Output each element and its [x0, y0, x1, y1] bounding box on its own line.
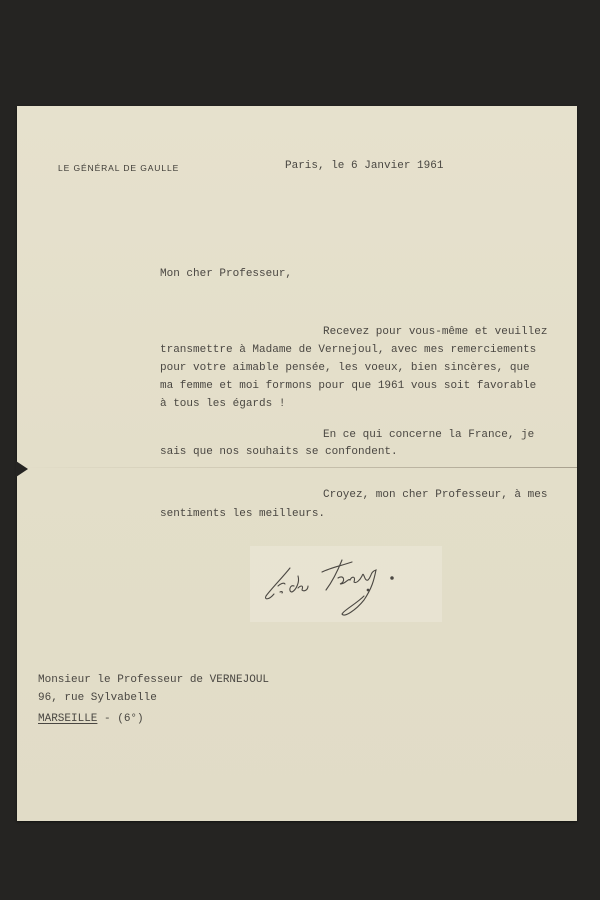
paragraph-1-line-2: transmettre à Madame de Vernejoul, avec …	[160, 344, 536, 357]
recipient-city: MARSEILLE	[38, 713, 97, 725]
paragraph-2-line-1: En ce qui concerne la France, je	[323, 429, 534, 442]
recipient-district: - (6°)	[97, 713, 143, 725]
paragraph-1-line-4: ma femme et moi formons pour que 1961 vo…	[160, 380, 536, 393]
recipient-name: Monsieur le Professeur de VERNEJOUL	[38, 674, 269, 687]
paragraph-2-line-2: sais que nos souhaits se confondent.	[160, 446, 398, 459]
paragraph-1-line-3: pour votre aimable pensée, les voeux, bi…	[160, 362, 530, 375]
signature-icon	[260, 552, 440, 618]
fold-notch	[16, 461, 28, 477]
paragraph-3-line-1: Croyez, mon cher Professeur, à mes	[323, 489, 547, 502]
letter-paper: LE GÉNÉRAL DE GAULLE Paris, le 6 Janvier…	[17, 106, 577, 821]
paragraph-1-line-5: à tous les égards !	[160, 398, 285, 411]
recipient-street: 96, rue Sylvabelle	[38, 692, 157, 705]
paragraph-3-line-2: sentiments les meilleurs.	[160, 508, 325, 521]
paragraph-1-line-1: Recevez pour vous-même et veuillez	[323, 326, 547, 339]
recipient-city-line: MARSEILLE - (6°)	[38, 713, 144, 726]
letter-date: Paris, le 6 Janvier 1961	[285, 160, 443, 173]
fold-crease	[17, 467, 577, 468]
salutation: Mon cher Professeur,	[160, 268, 292, 281]
letterhead: LE GÉNÉRAL DE GAULLE	[58, 163, 179, 173]
